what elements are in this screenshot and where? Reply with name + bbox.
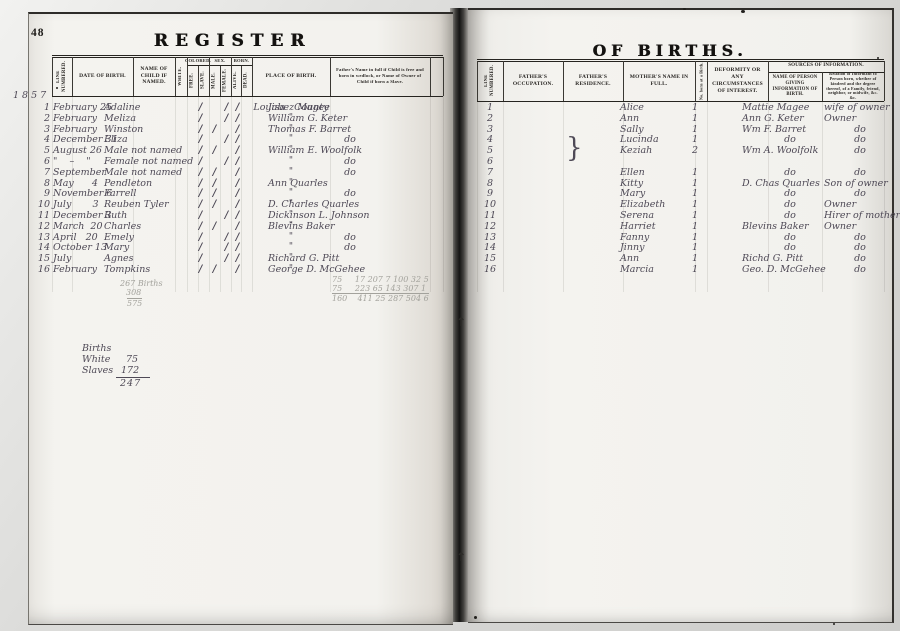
row-mother-name: Lucinda	[620, 134, 659, 145]
row-line-number: 13	[482, 232, 498, 243]
ink-tally-slaves-label: Slaves	[82, 365, 113, 376]
register-title: REGISTER	[140, 31, 325, 51]
col-informant-relation-note: Relation of Informant to Person born, wh…	[823, 72, 883, 101]
rule-line	[252, 57, 253, 96]
register-row-right: 11Serena1doHirer of mother	[0, 210, 900, 221]
scan-speck	[833, 623, 835, 625]
register-row-right: 16Marcia1Geo. D. McGeheedo	[0, 264, 900, 275]
pencil-tally-line-2: 308	[126, 288, 141, 297]
pencil-tally-line-3: 575	[127, 298, 142, 309]
row-line-number: 11	[482, 210, 498, 221]
row-relation-ditto: do	[845, 134, 875, 145]
row-number-born: 1	[688, 232, 702, 243]
row-relation-ditto: do	[845, 188, 875, 199]
row-number-born: 1	[688, 253, 702, 264]
row-number-born: 1	[688, 124, 702, 135]
rule-line	[330, 57, 331, 96]
pencil-calc-line-3: 160 411 25 287 504 6	[332, 293, 429, 304]
row-mother-name: Keziah	[620, 145, 652, 156]
row-line-number: 6	[482, 156, 498, 167]
rule-line	[884, 61, 885, 101]
row-line-number: 16	[482, 264, 498, 275]
register-row-right: 10Elizabeth1doOwner	[0, 199, 900, 210]
row-number-born: 1	[688, 178, 702, 189]
row-informant-relation: Owner	[824, 221, 856, 232]
row-mother-name: Elizabeth	[620, 199, 665, 210]
col-left-line-numbered: Line Numbered.	[52, 58, 72, 95]
row-number-born: 1	[688, 188, 702, 199]
col-deformity: DEFORMITY OR ANY CIRCUMSTANCES OF INTERE…	[708, 61, 767, 101]
row-informant-relation: Owner	[824, 113, 856, 124]
row-number-born: 1	[688, 167, 702, 178]
row-number-born: 2	[688, 145, 702, 156]
ink-tally-total: 247	[120, 378, 141, 389]
row-informant-name: D. Chas Quarles	[742, 178, 820, 189]
row-informant-name: Wm F. Barret	[742, 124, 806, 135]
col-slave: Slave.	[198, 66, 209, 95]
row-mother-name: Ann	[620, 113, 639, 124]
rule-line	[768, 61, 769, 101]
col-fathers-occupation: FATHER'S OCCUPATION.	[504, 61, 562, 101]
row-relation-ditto: do	[845, 145, 875, 156]
scan-speck	[474, 616, 477, 619]
col-date-of-birth: DATE OF BIRTH.	[73, 57, 132, 95]
row-mother-name: Sally	[620, 124, 644, 135]
rule-line	[443, 57, 444, 96]
row-mother-name: Serena	[620, 210, 654, 221]
row-line-number: 10	[482, 199, 498, 210]
rule-line	[133, 57, 134, 96]
row-informant-relation: Son of owner	[824, 178, 888, 189]
row-relation-ditto: do	[845, 124, 875, 135]
row-line-number: 5	[482, 145, 498, 156]
ink-tally-slaves-value: 172	[121, 365, 139, 376]
ink-tally-white-label: White	[82, 354, 110, 365]
row-line-number: 14	[482, 242, 498, 253]
col-female: Female.	[220, 66, 231, 95]
register-row-right: 8Kitty1D. Chas QuarlesSon of owner	[0, 178, 900, 189]
row-relation-ditto: do	[845, 253, 875, 264]
col-free: Free.	[187, 66, 198, 95]
row-line-number: 12	[482, 221, 498, 232]
row-line-number: 15	[482, 253, 498, 264]
scanned-register-spread: 48 REGISTER OF BIRTHS. Line Numbered. DA…	[0, 0, 900, 631]
rule-line	[241, 66, 242, 96]
register-row-right: 7Ellen1dodo	[0, 167, 900, 178]
rule-line	[231, 57, 232, 96]
row-informant-relation: Hirer of mother	[824, 210, 900, 221]
rule-line	[52, 57, 443, 58]
row-informant-relation: Owner	[824, 199, 856, 210]
col-number-born-at-birth: No. born at a Birth.	[695, 62, 707, 100]
row-informant-ditto: do	[770, 199, 810, 210]
register-row-right: 6	[0, 156, 900, 167]
scan-speck	[741, 10, 745, 13]
col-father-or-owner-note: Father's Name in full if Child is free a…	[331, 57, 429, 95]
register-row-right: 4Lucinda1dodo	[0, 134, 900, 145]
year-annotation: 1857	[13, 90, 49, 101]
row-number-born: 1	[688, 221, 702, 232]
row-relation-ditto: do	[845, 242, 875, 253]
row-informant-ditto: do	[770, 232, 810, 243]
row-number-born: 1	[688, 264, 702, 275]
rule-line	[187, 57, 188, 96]
col-right-line-numbered: Line Numbered.	[479, 63, 501, 99]
scan-speck	[877, 57, 879, 59]
pencil-tally-line-1: 267 Births	[120, 279, 163, 288]
row-informant-name: Blevins Baker	[742, 221, 809, 232]
row-informant-ditto: do	[770, 210, 810, 221]
rule-line	[503, 61, 504, 101]
row-informant-name: Mattie Magee	[742, 102, 809, 113]
row-number-born: 1	[688, 242, 702, 253]
register-row-right: 13Fanny1dodo	[0, 232, 900, 243]
row-relation-ditto: do	[845, 264, 875, 275]
col-alive: Alive.	[231, 66, 241, 95]
rule-line	[209, 57, 210, 96]
row-mother-name: Mary	[620, 188, 645, 199]
rule-line	[198, 66, 199, 96]
page-number: 48	[31, 27, 45, 39]
row-mother-name: Alice	[620, 102, 644, 113]
register-row-right: 15Ann1Richd G. Pittdo	[0, 253, 900, 264]
row-number-born: 1	[688, 113, 702, 124]
rule-line	[822, 72, 823, 101]
row-line-number: 9	[482, 188, 498, 199]
row-informant-name: Ann G. Keter	[742, 113, 804, 124]
rule-line	[477, 61, 478, 101]
row-informant-ditto: do	[770, 188, 810, 199]
register-row-right: 3Sally1Wm F. Barretdo	[0, 124, 900, 135]
ink-tally-white-value: 75	[126, 354, 138, 365]
row-number-born: 1	[688, 102, 702, 113]
gutter-ink-mark-top: ↑	[456, 315, 466, 329]
rule-line	[768, 72, 884, 73]
register-row-right: 1Alice1Mattie Mageewife of owner	[0, 102, 900, 113]
row-relation-ditto: do	[845, 167, 875, 178]
gutter-ink-mark-bottom: ↑	[456, 550, 466, 564]
row-mother-name: Marcia	[620, 264, 654, 275]
scan-speck	[683, 8, 686, 10]
row-informant-name: Richd G. Pitt	[742, 253, 803, 264]
row-informant-relation: wife of owner	[824, 102, 890, 113]
twin-brace: }	[566, 143, 583, 155]
row-line-number: 7	[482, 167, 498, 178]
row-line-number: 1	[482, 102, 498, 113]
row-mother-name: Fanny	[620, 232, 649, 243]
row-relation-ditto: do	[845, 232, 875, 243]
col-name-of-child: NAME OF CHILD IF NAMED.	[134, 57, 174, 95]
rule-line	[623, 61, 624, 101]
pencil-calc-line-1: 75 17 207 7 100 32 5	[332, 275, 429, 284]
row-informant-name: Wm A. Woolfolk	[742, 145, 818, 156]
row-mother-name: Jinny	[620, 242, 644, 253]
row-line-number: 3	[482, 124, 498, 135]
rule-line	[220, 66, 221, 96]
scan-speck	[56, 87, 58, 89]
rule-line	[563, 61, 564, 101]
row-informant-ditto: do	[770, 134, 810, 145]
register-row-right: 2Ann1Ann G. KeterOwner	[0, 113, 900, 124]
rule-line	[477, 59, 884, 61]
col-male: Male.	[209, 66, 220, 95]
col-place-of-birth: PLACE OF BIRTH.	[253, 57, 329, 95]
rule-line	[707, 61, 708, 101]
of-births-title: OF BIRTHS.	[575, 41, 765, 60]
rule-line	[695, 61, 696, 101]
row-informant-ditto: do	[770, 167, 810, 178]
ink-tally-title: Births	[82, 343, 111, 354]
col-fathers-residence: FATHER'S RESIDENCE.	[564, 61, 622, 101]
row-informant-ditto: do	[770, 242, 810, 253]
rule-line	[430, 57, 431, 96]
rule-line	[72, 57, 73, 96]
row-line-number: 4	[482, 134, 498, 145]
col-dead: Dead.	[241, 66, 252, 95]
row-line-number: 2	[482, 113, 498, 124]
register-row-right: 9Mary1dodo	[0, 188, 900, 199]
col-mothers-name: MOTHER'S NAME IN FULL.	[624, 61, 694, 101]
register-row-right: 14Jinny1dodo	[0, 242, 900, 253]
rule-line	[175, 57, 176, 96]
register-row-right: 12Harriet1Blevins BakerOwner	[0, 221, 900, 232]
row-mother-name: Harriet	[620, 221, 656, 232]
row-mother-name: Kitty	[620, 178, 643, 189]
row-number-born: 1	[688, 134, 702, 145]
row-mother-name: Ellen	[620, 167, 645, 178]
row-number-born: 1	[688, 199, 702, 210]
row-informant-name: Geo. D. McGehee	[742, 264, 826, 275]
row-mother-name: Ann	[620, 253, 639, 264]
row-line-number: 8	[482, 178, 498, 189]
rule-line	[52, 55, 443, 57]
row-number-born: 1	[688, 210, 702, 221]
rule-line	[52, 96, 443, 97]
rule-line	[477, 61, 884, 62]
register-row-right: 5Keziah2Wm A. Woolfolkdo	[0, 145, 900, 156]
rule-line	[52, 57, 53, 96]
col-informant-name: NAME OF PERSON GIVING INFORMATION OF BIR…	[769, 73, 821, 100]
